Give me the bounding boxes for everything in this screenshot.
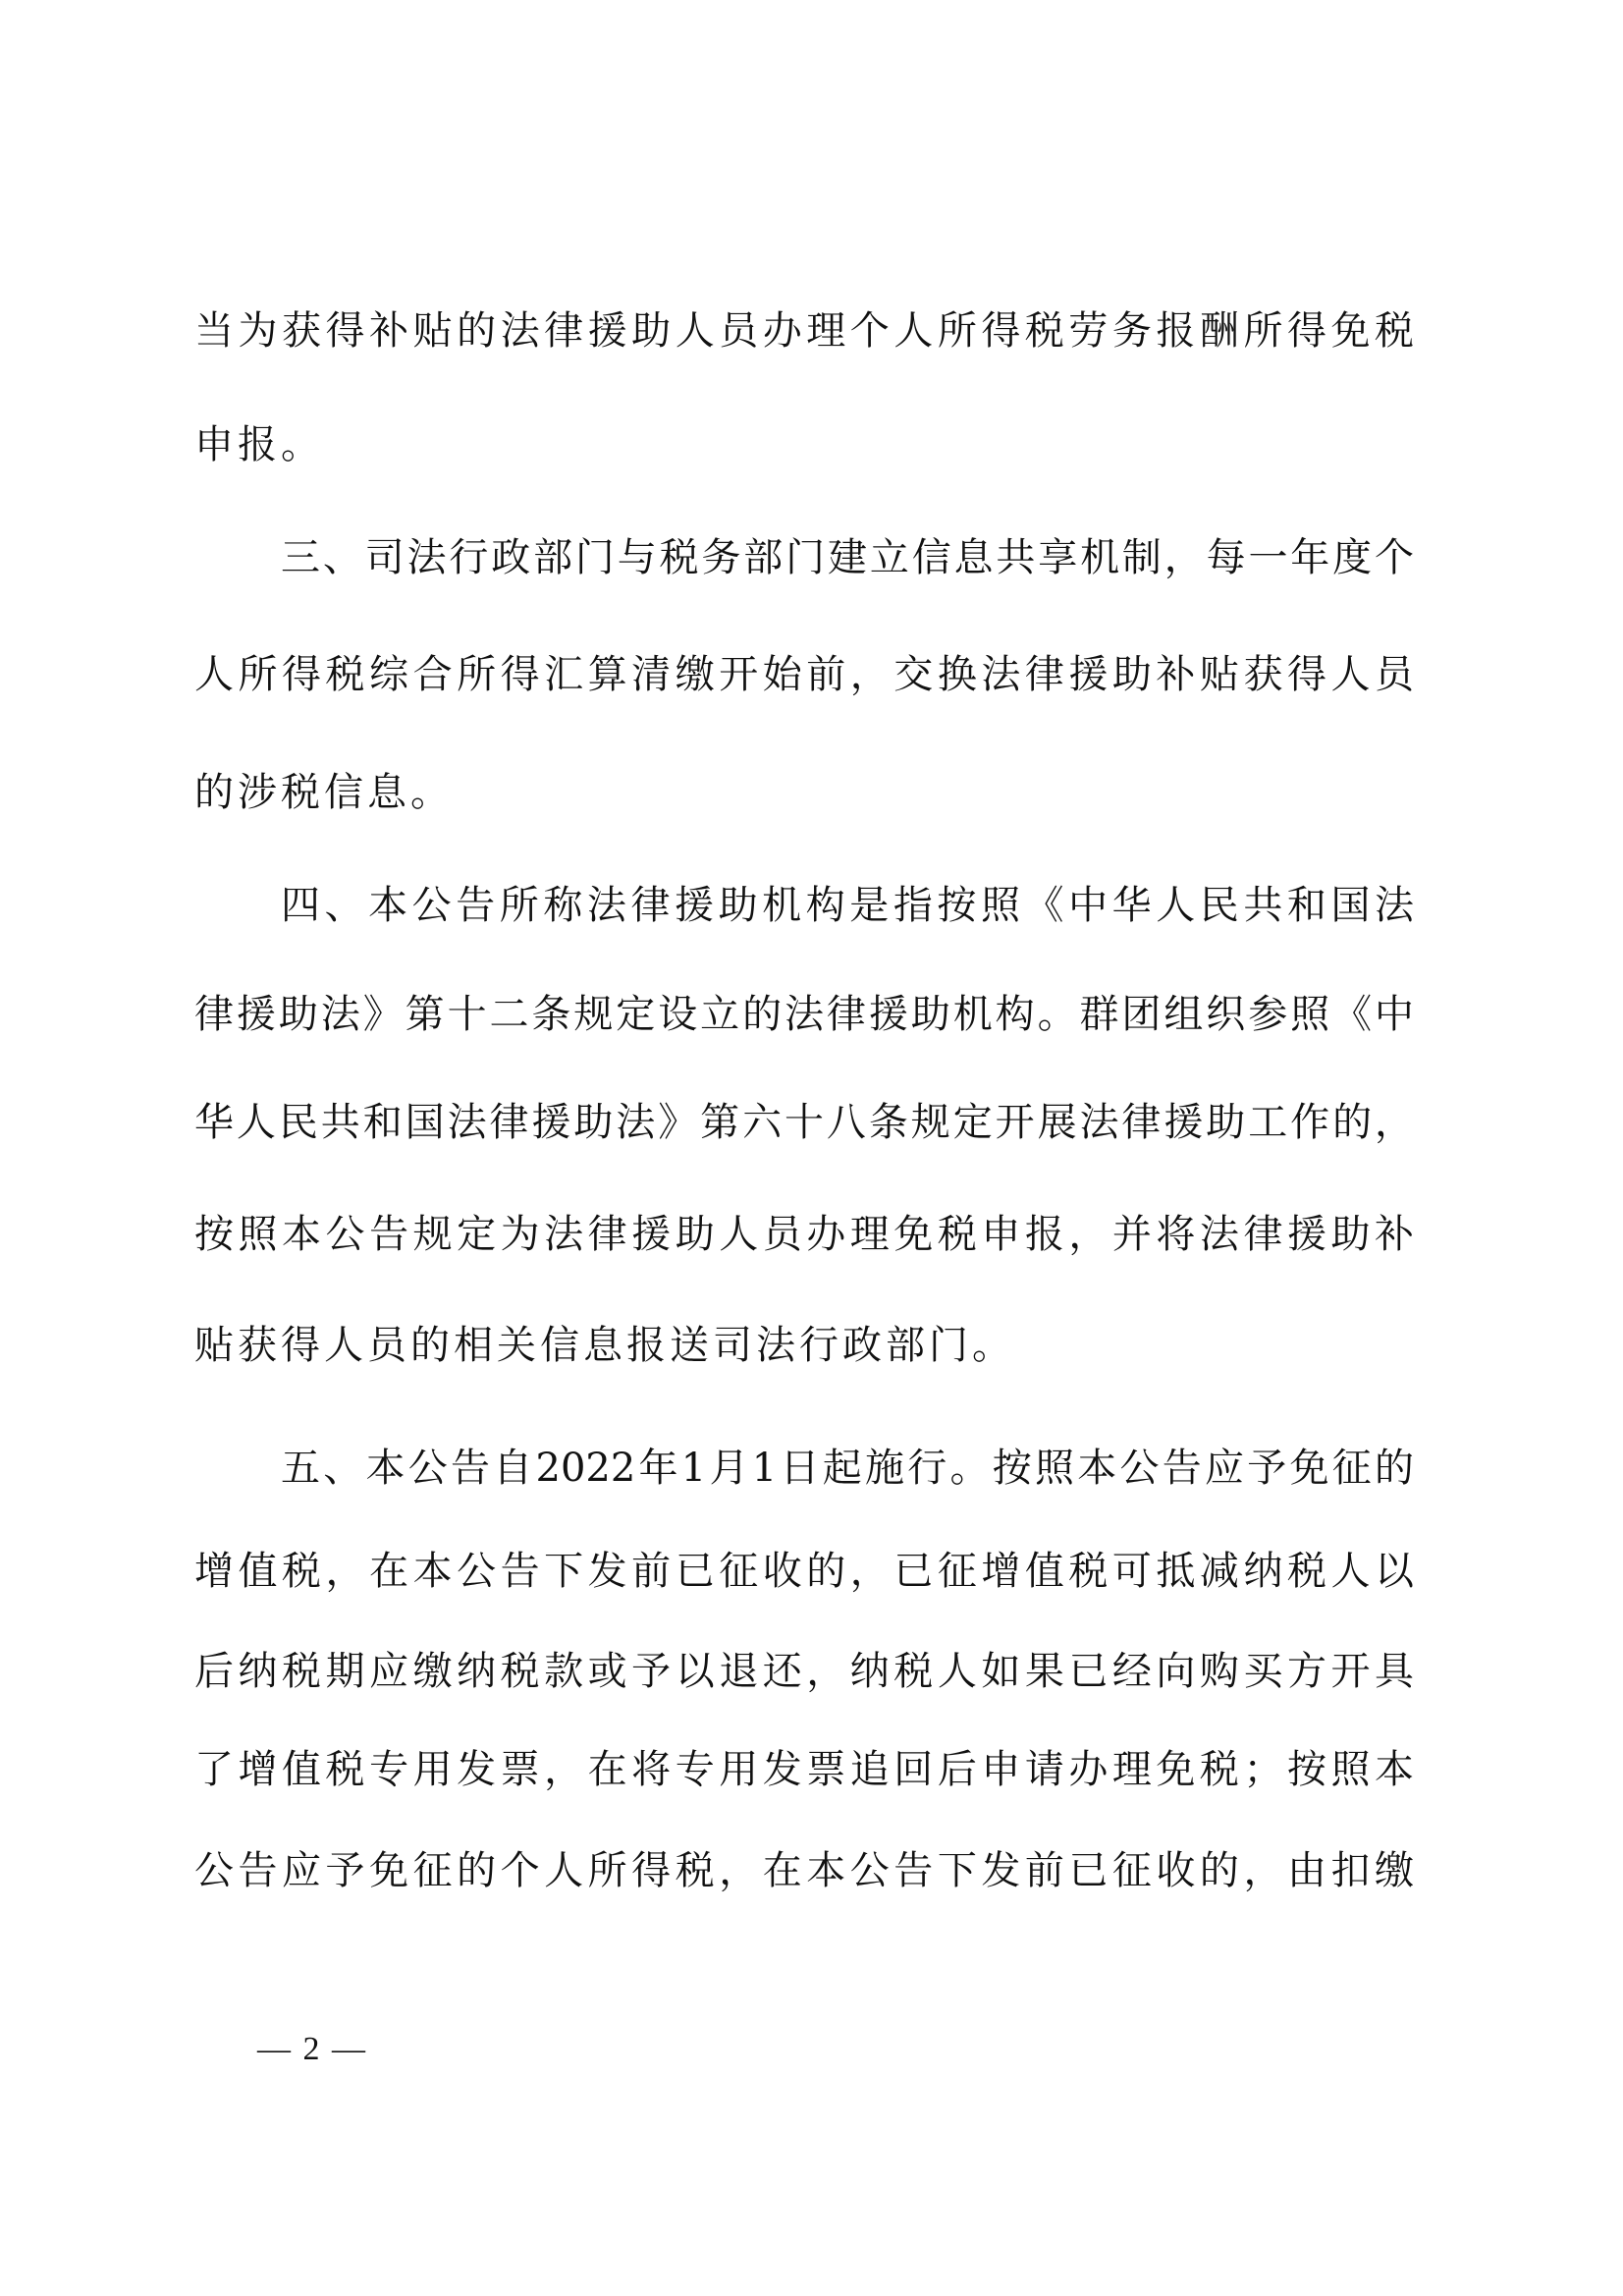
- text-line: 三、司法行政部门与税务部门建立信息共享机制，每一年度个: [281, 528, 1414, 587]
- text-line: 公告应予免征的个人所得税，在本公告下发前已征收的，由扣缴: [194, 1841, 1414, 1900]
- text-line: 当为获得补贴的法律援助人员办理个人所得税劳务报酬所得免税: [194, 301, 1414, 360]
- text-line: 的涉税信息。: [194, 763, 454, 822]
- text-line: 后纳税期应缴纳税款或予以退还，纳税人如果已经向购买方开具: [194, 1642, 1414, 1701]
- document-page: 当为获得补贴的法律援助人员办理个人所得税劳务报酬所得免税 申报。 三、司法行政部…: [0, 0, 1623, 2296]
- text-line: 了增值税专用发票，在将专用发票追回后申请办理免税；按照本: [194, 1740, 1414, 1799]
- text-line: 五、本公告自2022年1月1日起施行。按照本公告应予免征的: [281, 1439, 1414, 1498]
- text-line: 申报。: [194, 415, 324, 474]
- text-line: 华人民共和国法律援助法》第六十八条规定开展法律援助工作的，: [194, 1093, 1414, 1152]
- text-line: 贴获得人员的相关信息报送司法行政部门。: [194, 1316, 1015, 1375]
- text-line: 律援助法》第十二条规定设立的法律援助机构。群团组织参照《中: [194, 985, 1414, 1044]
- text-line: 人所得税综合所得汇算清缴开始前，交换法律援助补贴获得人员: [194, 645, 1414, 704]
- text-line: 按照本公告规定为法律援助人员办理免税申报，并将法律援助补: [194, 1205, 1414, 1264]
- text-line: 四、本公告所称法律援助机构是指按照《中华人民共和国法: [281, 876, 1414, 935]
- page-number: — 2 —: [257, 2023, 367, 2076]
- text-line: 增值税，在本公告下发前已征收的，已征增值税可抵减纳税人以: [194, 1542, 1414, 1601]
